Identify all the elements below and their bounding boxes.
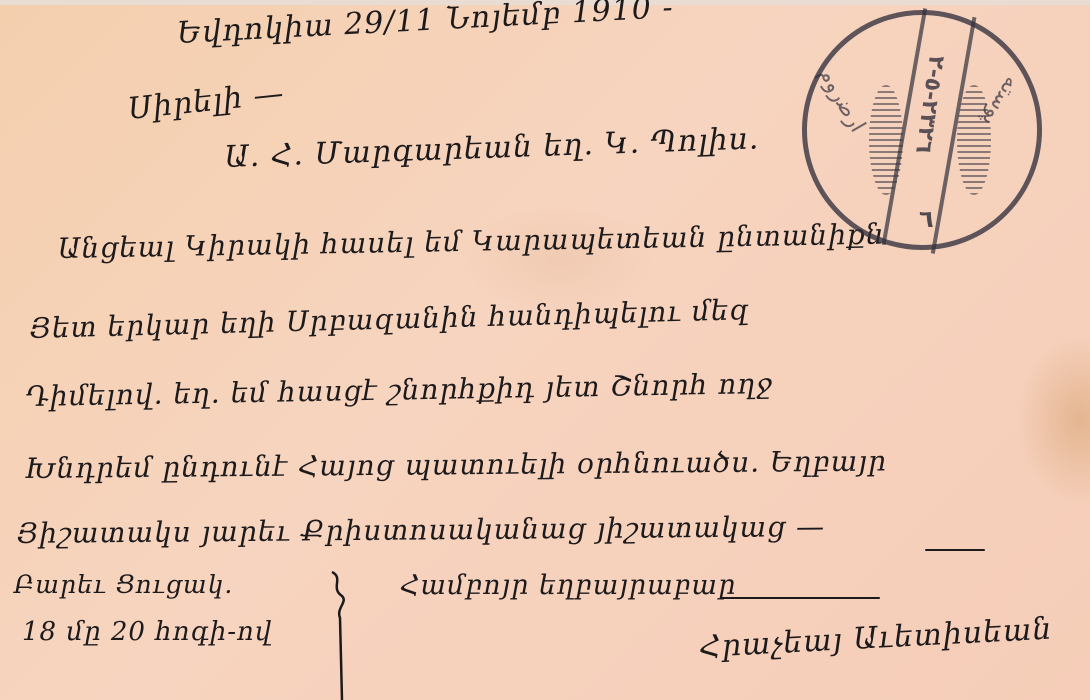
body-line: Խնդրեմ ընդունէ Հայոց պատուելի օրհնուածս.… [25, 444, 887, 485]
body-end-dash [925, 549, 985, 551]
postmark-number: ٦ [919, 205, 934, 233]
brace-mark [326, 568, 356, 700]
postmark-stamp: ﺍﺭﺿﺭﻭﻡ ﭘﻭﺳﺗﻪ ٢٣٢٦-٥-٢ ٦ [802, 10, 1042, 250]
body-line: Յիշատակս յարեւ Քրիստոսականաց յիշատակաց — [17, 510, 825, 550]
date-line: Եվդոկիա 29/11 Նոյեմբ 1910 - [176, 0, 674, 51]
postcard: Եվդոկիա 29/11 Նոյեմբ 1910 - Սիրելի — Ա. … [0, 0, 1090, 700]
greeting: Սիրելի — [126, 76, 286, 127]
address-line: Ա. Հ. Մարգարեան եղ. Կ. Պոլիս. [224, 121, 760, 175]
body-line: Յետ երկար եղի Սրբազանին հանդիպելու մեզ [29, 293, 750, 345]
signature: Հրաչեայ Աւետիսեան [698, 612, 1053, 665]
closing-line: Համբոյր եղբայրաբար [400, 570, 736, 601]
body-line: Դիմելով. եղ. եմ հասցէ շնորհքիդ յետ Շնորհ… [25, 367, 773, 413]
postmark-city-left: ﺍﺭﺿﺭﻭﻡ [813, 63, 870, 136]
postscript-line: 18 մը 20 հոգի-ով [22, 617, 272, 647]
body-line: Անցեալ Կիրակի հասել եմ Կարապետեան ընտանի… [57, 218, 884, 265]
postscript-line: Բարեւ Ցուցակ. [14, 570, 233, 599]
closing-underline [720, 597, 880, 599]
postmark-hatch-left [869, 85, 903, 195]
